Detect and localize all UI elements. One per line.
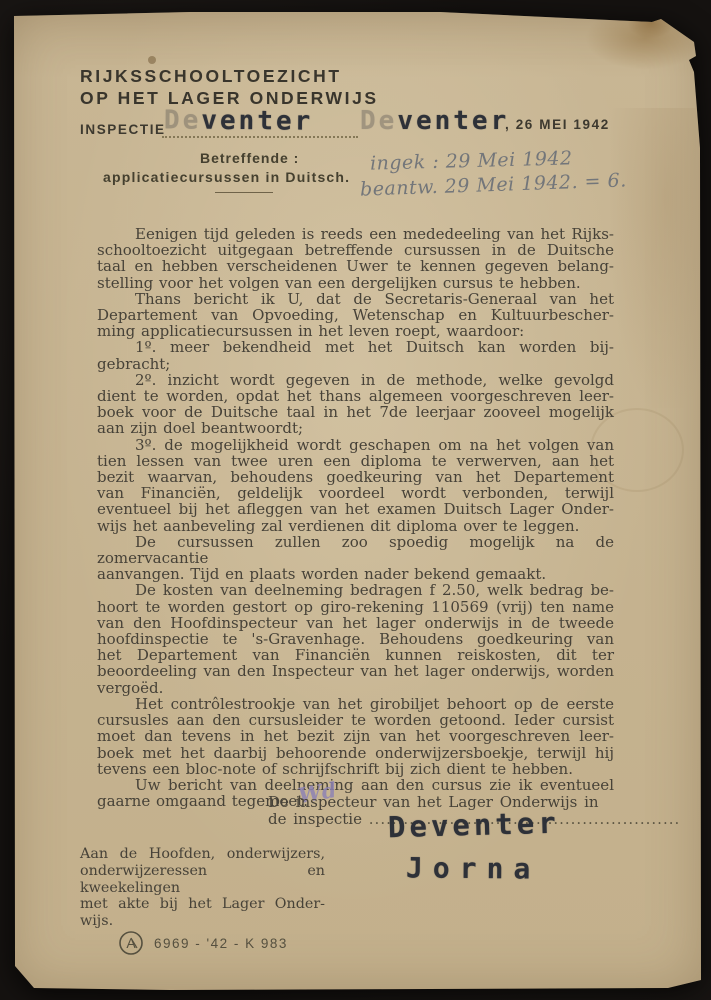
imprint-block: A 6969 - '42 - K 983 [118,930,288,956]
body-line: Het contrôlestrookje van het girobiljet … [97,696,614,712]
body-line: beoordeeling van den Inspecteur van het … [97,663,614,679]
addressee-line: wijs. [80,913,325,930]
paper-stain [628,8,674,38]
body-line: hoofdinspectie te 's-Gravenhage. Behoude… [97,631,614,647]
addressee-line: Aan de Hoofden, onderwijzers, [80,846,325,863]
body-line: tien lessen van twee uren een diploma te… [97,453,614,469]
print-code: 6969 - '42 - K 983 [154,936,288,951]
body-line: Uw bericht van deelneming aan den cursus… [97,777,614,793]
body-line: 2º. inzicht wordt gegeven in de methode,… [97,372,614,388]
body-line: 3º. de mogelijkheid wordt geschapen om n… [97,437,614,453]
body-line: eventueel bij het afleggen van het exame… [97,501,614,517]
paper-stain [585,12,695,70]
inspectie-label: INSPECTIE [80,122,166,137]
body-line: cursusles aan den cursusleider te worden… [97,712,614,728]
subject-value: applicatiecursussen in Duitsch. [103,169,350,185]
body-line: vergoëd. [97,680,614,696]
stamp-faint-part: De [164,105,202,135]
date-text: , 26 MEI 1942 [505,117,610,132]
body-line: moet dan tevens in het bezit zijn van he… [97,728,614,744]
stamp-bold-part: venter [201,106,313,137]
subject-label: Betreffende : [200,150,299,166]
paper-stain [610,108,705,408]
body-line: Thans bericht ik U, dat de Secretaris-Ge… [97,291,614,307]
body-line: Departement van Opvoeding, Wetenschap en… [97,307,614,323]
stamp-faint-part: De [360,106,397,136]
body-line: tevens een bloc-note of schrijfschrift b… [97,761,614,777]
printer-monogram-icon: A [118,930,144,956]
body-line: van den Hoofdinspecteur van het lager on… [97,615,614,631]
body-line: aan zijn doel beantwoordt; [97,420,614,436]
org-name-line1: RIJKSSCHOOLTOEZICHT [80,66,342,87]
letter-body: Eenigen tijd geleden is reeds een medede… [97,226,614,809]
body-line: het Departement van Financiën kunnen rei… [97,647,614,663]
addressee-line: onderwijzeressen en kweekelingen [80,863,325,897]
inspectie-fill-line [162,136,358,138]
addressee-block: Aan de Hoofden, onderwijzers,onderwijzer… [80,846,325,930]
body-line: De cursussen zullen zoo spoedig mogelijk… [97,534,614,566]
date-place-stamp: Deventer [360,106,509,136]
inspectie-place-stamp: Deventer [164,105,313,136]
body-line: Eenigen tijd geleden is reeds een medede… [97,226,614,242]
subject-underline [215,192,273,193]
addressee-line: met akte bij het Lager Onder- [80,896,325,913]
stamp-bold-part: venter [397,106,509,136]
body-line: bezit waarvan, behoudens goedkeuring van… [97,469,614,485]
answered-annotation: beantw. 29 Mei 1942. = 6. [360,169,627,200]
closing-inspectie-label: de inspectie [268,810,362,828]
signature-stamp: Jorna [406,851,541,885]
body-line: boek voor de Duitsche taal in het 7de le… [97,404,614,420]
scan-background: RIJKSSCHOOLTOEZICHT OP HET LAGER ONDERWI… [0,0,711,1000]
body-line: 1º. meer bekendheid met het Duitsch kan … [97,339,614,355]
body-line: boek met het daarbij behoorende onderwij… [97,745,614,761]
letter-paper: RIJKSSCHOOLTOEZICHT OP HET LAGER ONDERWI… [10,8,702,991]
body-line: stelling voor het volgen van een dergeli… [97,275,614,291]
body-line: taal en hebben verscheidenen Uwer te ken… [97,258,614,274]
body-line: aanvangen. Tijd en plaats worden nader b… [97,566,614,582]
closing-place-stamp: Deventer [388,806,561,844]
body-line: gebracht; [97,356,614,372]
body-line: ming applicatiecursussen in het leven ro… [97,323,614,339]
body-line: van Financiën, geldelijk voordeel wordt … [97,485,614,501]
svg-text:A: A [126,935,136,951]
body-line: schooltoezicht uitgegaan betreffende cur… [97,242,614,258]
body-line: wijs het aanbeveling zal verdienen dit d… [97,518,614,534]
body-line: hoort te worden gestort op giro-rekening… [97,599,614,615]
paper-stain [148,56,156,64]
received-annotation: ingek : 29 Mei 1942 [370,147,573,174]
body-line: De kosten van deelneming bedragen f 2.50… [97,582,614,598]
body-line: dient te worden, opdat het thans algemee… [97,388,614,404]
